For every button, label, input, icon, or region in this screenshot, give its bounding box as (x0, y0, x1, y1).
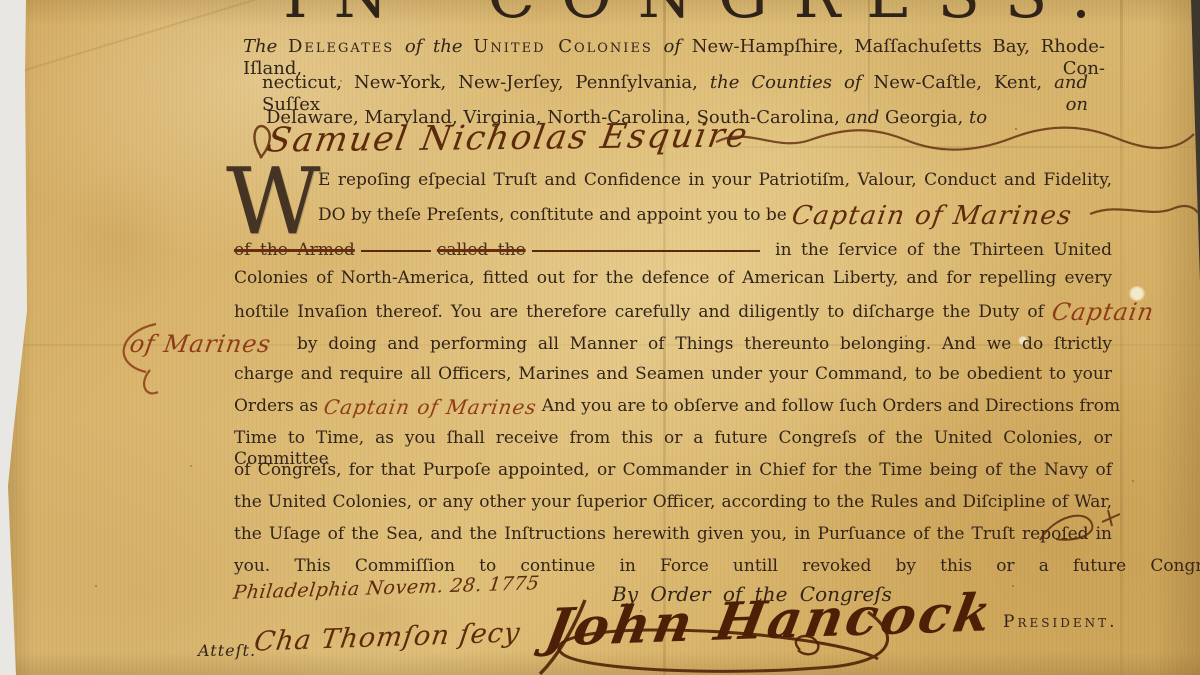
president-title: President. (1003, 612, 1117, 632)
printed-text: you. This Commiſſion to continue in Forc… (234, 556, 1200, 576)
printed-text: Georgia, (885, 107, 969, 128)
blank-rule (532, 233, 760, 252)
printed-text: of Congreſs, for that Purpoſe appointed,… (234, 460, 1112, 480)
dropcap-initial: W (226, 164, 321, 239)
body-line: of the Armedcalled the in the ſervice of… (234, 236, 1112, 261)
printed-text: called the (437, 240, 526, 260)
printed-text: the Counties of (710, 72, 874, 93)
printed-text: and (845, 107, 885, 128)
printed-text: of the (394, 36, 473, 57)
appointee-name-handwritten: Samuel Nicholas Esquire (264, 115, 752, 160)
printed-text: by doing and performing all Manner of Th… (297, 334, 1112, 354)
printed-text: New-Caſtle, Kent, (874, 72, 1055, 93)
body-line: of Congreſs, for that Purpoſe appointed,… (234, 460, 1112, 481)
stain (60, 160, 180, 320)
printed-text: DO by theſe Preſents, conſtitute and app… (318, 205, 792, 225)
body-line: the Uſage of the Sea, and the Inſtructio… (234, 524, 1112, 545)
body-line: DO by theſe Preſents, conſtitute and app… (318, 203, 1138, 229)
body-line: hoſtile Invaſion thereof. You are theref… (234, 300, 1154, 324)
foxing-specks (0, 0, 2, 2)
handwritten-text: Captain of Marines (790, 203, 1074, 229)
screenshot-root: IN CONGRESS. The Delegates of the United… (0, 0, 1200, 675)
body-line: charge and require all Officers, Marines… (234, 364, 1112, 385)
printed-text: United Colonies (473, 36, 653, 57)
body-line: Orders as Captain of Marines And you are… (234, 396, 1164, 417)
printed-text: charge and require all Officers, Marines… (234, 364, 1112, 384)
printed-text: the Uſage of the Sea, and the Inſtructio… (234, 524, 1112, 544)
printed-text: and (1054, 72, 1088, 93)
printed-text: The (243, 36, 288, 57)
printed-text: Orders as (234, 396, 324, 416)
printed-text: necticut, New-York, New-Jerſey, Pennſylv… (262, 72, 710, 93)
document-heading: IN CONGRESS. (0, 0, 1200, 27)
body-line: the United Colonies, or any other your ſ… (234, 492, 1112, 513)
body-line: Colonies of North-America, fitted out fo… (234, 268, 1112, 289)
name-flourish (716, 128, 1194, 150)
printed-text: Delegates (288, 36, 394, 57)
secretary-signature: Cha Thomſon ſecy (252, 617, 522, 657)
printed-text: And you are to obſerve and follow ſuch O… (536, 396, 1120, 416)
printed-text: the United Colonies, or any other your ſ… (234, 492, 1112, 512)
blank-rule (361, 233, 431, 252)
body-line: of Marinesby doing and performing all Ma… (130, 332, 1112, 356)
attest-label: Atteſt. (198, 641, 256, 660)
printed-text: to (969, 107, 987, 128)
printed-text: Colonies of North-America, fitted out fo… (234, 268, 1112, 288)
handwritten-text: of Marines (128, 332, 273, 356)
body-line: E repoſing eſpecial Truſt and Confidence… (318, 170, 1112, 191)
handwritten-text: Philadelphia Novem. 28. 1775 (232, 572, 541, 605)
printed-text: hoſtile Invaſion thereof. You are theref… (234, 302, 1052, 322)
printed-text: E repoſing eſpecial Truſt and Confidence… (318, 170, 1112, 190)
parchment-document: IN CONGRESS. The Delegates of the United… (0, 0, 1200, 675)
printed-text: in the ſervice of the Thirteen United (766, 240, 1112, 260)
handwritten-text: Captain (1050, 300, 1156, 324)
printed-text: of the Armed (234, 240, 355, 260)
printed-text: of (653, 36, 692, 57)
handwritten-text: Captain of Marines (322, 397, 538, 417)
